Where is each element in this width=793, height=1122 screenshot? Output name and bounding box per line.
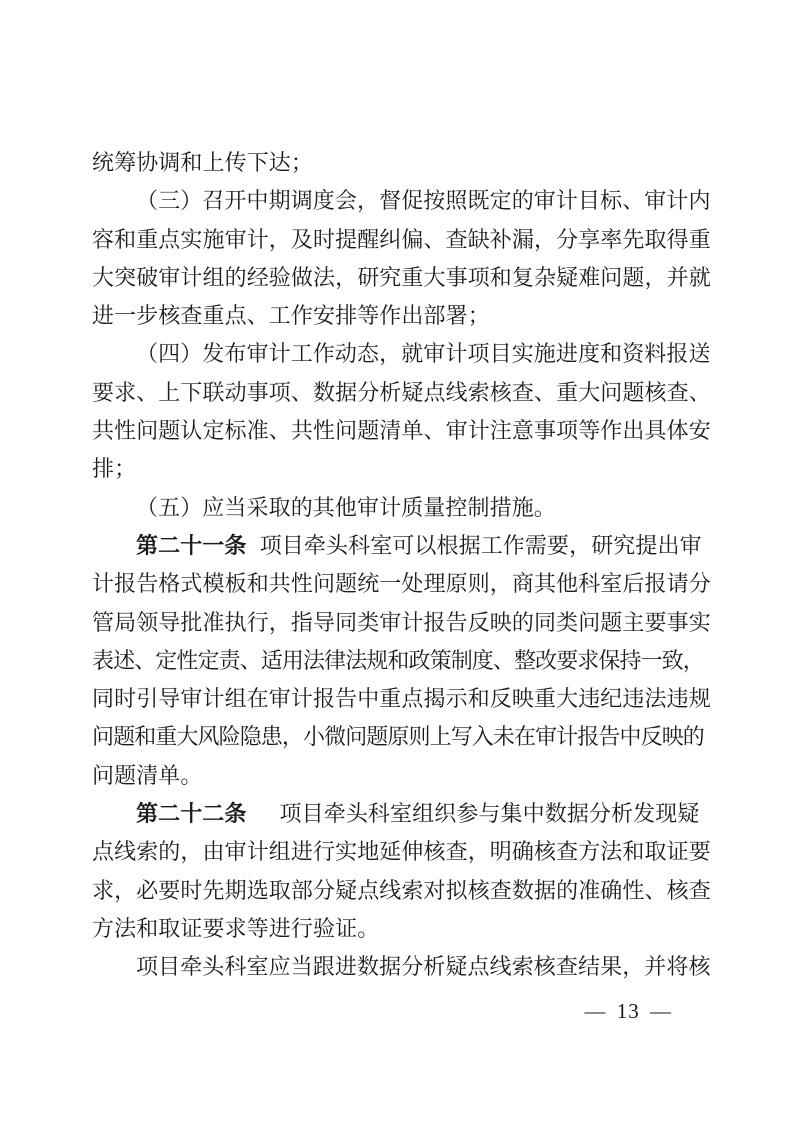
line-text: （五）应当采取的其他审计质量控制措施。 (136, 495, 556, 520)
text-line: （五）应当采取的其他审计质量控制措施。 (92, 489, 708, 527)
line-text: 求，必要时先期选取部分疑点线索对拟核查数据的准确性、核查 (92, 878, 711, 903)
text-line: 方法和取证要求等进行验证。 (92, 910, 708, 948)
text-line: 问题和重大风险隐患，小微问题原则上写入未在审计报告中反映的 (92, 718, 708, 756)
text-line: 进一步核查重点、工作安排等作出部署； (92, 297, 708, 335)
line-text: 问题和重大风险隐患，小微问题原则上写入未在审计报告中反映的 (92, 724, 704, 749)
line-text: 统筹协调和上传下达； (92, 150, 313, 175)
line-text: 计报告格式模板和共性问题统一处理原则，商其他科室后报请分 (92, 571, 711, 596)
line-text: 项目牵头科室应当跟进数据分析疑点线索核查结果，并将核 (136, 954, 711, 979)
text-line: 求，必要时先期选取部分疑点线索对拟核查数据的准确性、核查 (92, 872, 708, 910)
line-text: 项目牵头科室可以根据工作需要，研究提出审 (260, 533, 702, 558)
text-line: （四）发布审计工作动态，就审计项目实施进度和资料报送 (92, 335, 708, 373)
text-line: 管局领导批准执行，指导同类审计报告反映的同类问题主要事实 (92, 604, 708, 642)
line-text: 进一步核查重点、工作安排等作出部署； (92, 303, 490, 328)
text-line: 排； (92, 450, 708, 488)
text-line: 同时引导审计组在审计报告中重点揭示和反映重大违纪违法违规 (92, 680, 708, 718)
line-text: 项目牵头科室组织参与集中数据分析发现疑 (280, 801, 700, 826)
article-number-lead: 第二十二条 (136, 801, 247, 826)
article-number-lead: 第二十一条 (136, 533, 247, 558)
line-text: 管局领导批准执行，指导同类审计报告反映的同类问题主要事实 (92, 610, 711, 635)
line-text: 大突破审计组的经验做法，研究重大事项和复杂疑难问题，并就 (92, 265, 711, 290)
text-line: 统筹协调和上传下达； (92, 144, 708, 182)
text-line: 项目牵头科室应当跟进数据分析疑点线索核查结果，并将核 (92, 948, 708, 986)
line-text: 点线索的，由审计组进行实地延伸核查，明确核查方法和取证要 (92, 839, 711, 864)
text-line: 共性问题认定标准、共性问题清单、审计注意事项等作出具体安 (92, 412, 708, 450)
line-text: 排； (92, 456, 136, 481)
text-line: （三）召开中期调度会，督促按照既定的审计目标、审计内 (92, 182, 708, 220)
text-line: 计报告格式模板和共性问题统一处理原则，商其他科室后报请分 (92, 565, 708, 603)
line-text: （四）发布审计工作动态，就审计项目实施进度和资料报送 (136, 341, 711, 366)
text-line: 第二十一条项目牵头科室可以根据工作需要，研究提出审 (92, 527, 708, 565)
text-line: 第二十二条项目牵头科室组织参与集中数据分析发现疑 (92, 795, 708, 833)
line-text: 要求、上下联动事项、数据分析疑点线索核查、重大问题核查、 (92, 380, 711, 405)
line-text: 共性问题认定标准、共性问题清单、审计注意事项等作出具体安 (92, 418, 711, 443)
text-line: 大突破审计组的经验做法，研究重大事项和复杂疑难问题，并就 (92, 259, 708, 297)
text-line: 要求、上下联动事项、数据分析疑点线索核查、重大问题核查、 (92, 374, 708, 412)
text-line: 点线索的，由审计组进行实地延伸核查，明确核查方法和取证要 (92, 833, 708, 871)
text-line: 问题清单。 (92, 757, 708, 795)
line-text: 方法和取证要求等进行验证。 (92, 916, 379, 941)
text-line: 容和重点实施审计，及时提醒纠偏、查缺补漏，分享率先取得重 (92, 221, 708, 259)
line-text: 问题清单。 (92, 763, 203, 788)
line-text: 表述、定性定责、适用法律法规和政策制度、整改要求保持一致， (92, 648, 704, 673)
page-number: — 13 — (585, 1000, 673, 1022)
document-page: 统筹协调和上传下达；（三）召开中期调度会，督促按照既定的审计目标、审计内容和重点… (0, 0, 793, 1122)
text-line: 表述、定性定责、适用法律法规和政策制度、整改要求保持一致， (92, 642, 708, 680)
document-body: 统筹协调和上传下达；（三）召开中期调度会，督促按照既定的审计目标、审计内容和重点… (92, 144, 708, 987)
line-text: 同时引导审计组在审计报告中重点揭示和反映重大违纪违法违规 (92, 686, 711, 711)
line-text: 容和重点实施审计，及时提醒纠偏、查缺补漏，分享率先取得重 (92, 227, 711, 252)
line-text: （三）召开中期调度会，督促按照既定的审计目标、审计内 (136, 188, 711, 213)
